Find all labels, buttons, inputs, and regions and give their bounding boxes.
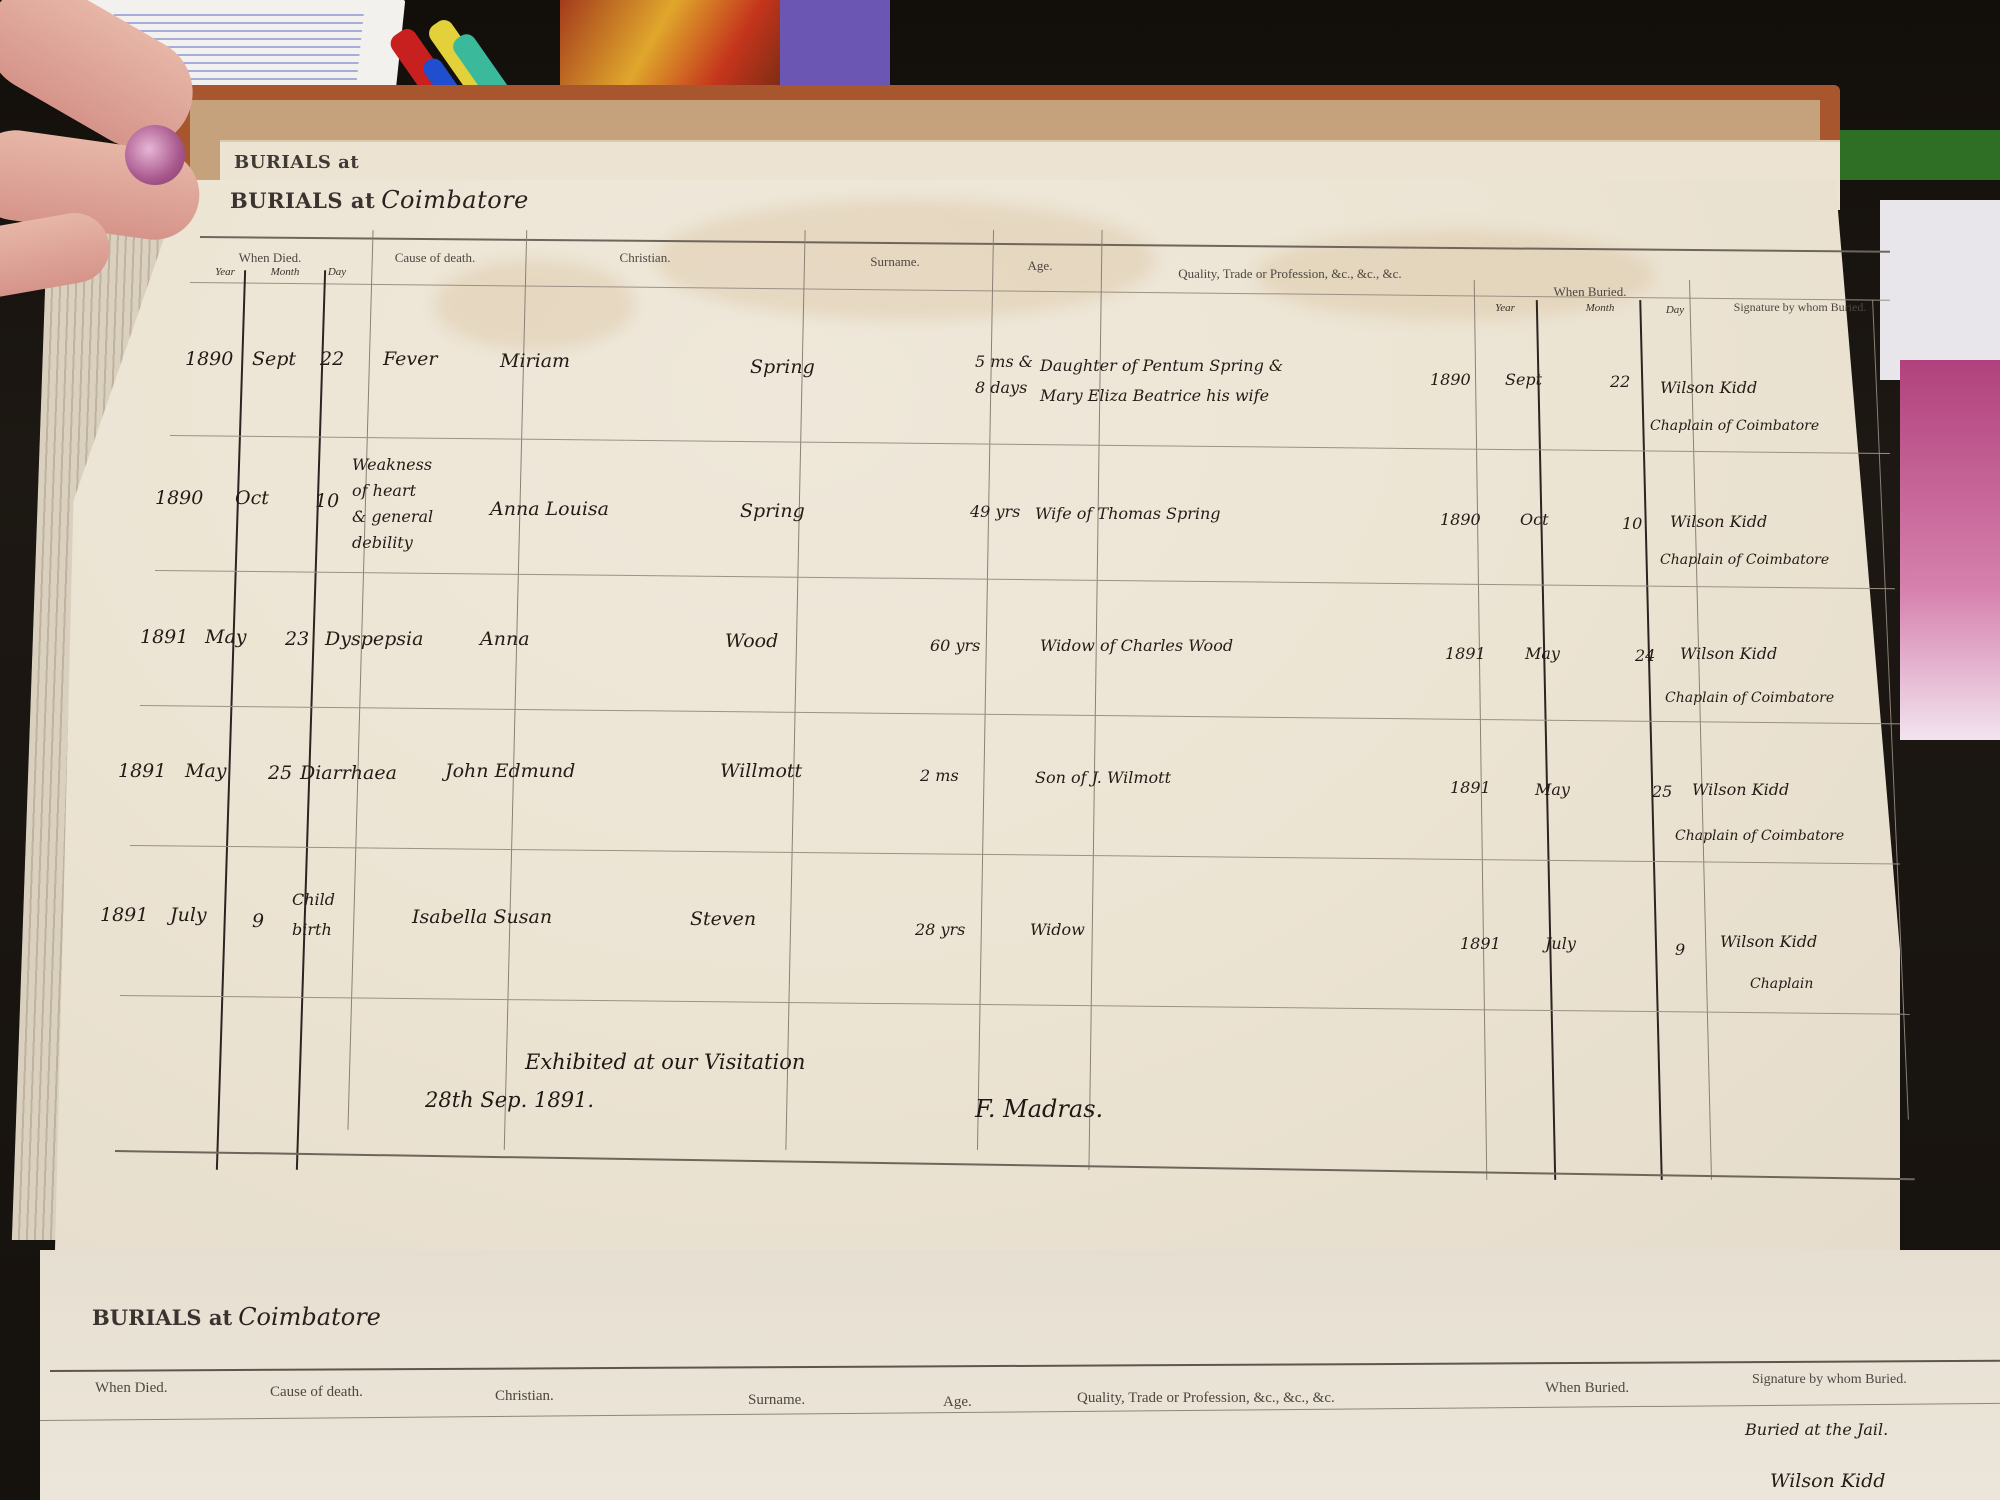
lower-header-when-died: When Died. xyxy=(95,1380,167,1397)
green-folder xyxy=(1840,130,2000,180)
died-year: 1890 xyxy=(155,487,203,511)
header-buried-month: Month xyxy=(1560,302,1640,314)
lower-page-title: BURIALS atCoimbatore xyxy=(92,1303,381,1331)
next-register-page xyxy=(40,1250,2000,1500)
visitation-note: Exhibited at our Visitation xyxy=(525,1050,805,1074)
lower-header-surname: Surname. xyxy=(748,1392,805,1409)
painted-fingernail xyxy=(125,125,185,185)
lower-header-christian: Christian. xyxy=(495,1388,554,1405)
header-when-buried: When Buried. xyxy=(1490,284,1690,300)
quality: Wife of Thomas Spring xyxy=(1035,504,1221,524)
surname: Spring xyxy=(740,500,805,524)
cause-line-3: & general xyxy=(352,507,433,527)
lower-header-quality: Quality, Trade or Profession, &c., &c., … xyxy=(1077,1390,1335,1407)
signature: Wilson Kidd xyxy=(1670,512,1767,532)
died-year: 1890 xyxy=(185,348,233,372)
signature: Wilson Kidd xyxy=(1720,932,1817,952)
surname: Willmott xyxy=(720,760,802,784)
buried-month: Oct xyxy=(1520,510,1549,530)
buried-year: 1891 xyxy=(1450,778,1491,798)
lower-header-cause: Cause of death. xyxy=(270,1384,363,1401)
died-day: 9 xyxy=(252,910,264,934)
signature: Wilson Kidd xyxy=(1680,644,1777,664)
cause-line-4: debility xyxy=(352,533,413,553)
header-christian: Christian. xyxy=(520,250,770,266)
lower-signature-note: Buried at the Jail. xyxy=(1745,1420,1888,1440)
died-month: Oct xyxy=(235,487,269,511)
buried-day: 24 xyxy=(1635,646,1655,666)
header-quality: Quality, Trade or Profession, &c., &c., … xyxy=(1100,266,1480,282)
signature-title: Chaplain of Coimbatore xyxy=(1675,828,1844,846)
died-year: 1891 xyxy=(118,760,166,784)
christian-name: John Edmund xyxy=(445,760,575,784)
cause: Diarrhaea xyxy=(300,762,397,786)
died-year: 1891 xyxy=(100,904,148,928)
age: 5 ms & xyxy=(975,352,1033,372)
age: 49 yrs xyxy=(970,502,1020,522)
quality: Son of J. Wilmott xyxy=(1035,768,1171,788)
died-day: 23 xyxy=(285,628,309,652)
magenta-booklet xyxy=(1900,360,2000,740)
age: 28 yrs xyxy=(915,920,965,940)
age-line-2: 8 days xyxy=(975,378,1027,398)
buried-year: 1890 xyxy=(1440,510,1481,530)
buried-day: 25 xyxy=(1652,782,1672,802)
died-month: May xyxy=(185,760,227,784)
age: 2 ms xyxy=(920,766,959,786)
lower-header-when-buried: When Buried. xyxy=(1545,1380,1629,1397)
buried-year: 1891 xyxy=(1445,644,1486,664)
header-signature: Signature by whom Buried. xyxy=(1710,300,1890,315)
header-buried-year: Year xyxy=(1480,302,1530,314)
died-day: 22 xyxy=(320,348,344,372)
lower-signature: Wilson Kidd xyxy=(1770,1470,1885,1494)
christian-name: Anna xyxy=(480,628,530,652)
surname: Wood xyxy=(725,630,778,654)
page-title: BURIALS atCoimbatore xyxy=(230,186,529,214)
pens xyxy=(400,5,570,95)
buried-year: 1890 xyxy=(1430,370,1471,390)
visitation-date: 28th Sep. 1891. xyxy=(425,1088,594,1112)
cause: Dyspepsia xyxy=(325,628,423,652)
visitation-signature: F. Madras. xyxy=(975,1095,1103,1123)
cause: Child xyxy=(292,890,335,910)
buried-month: May xyxy=(1525,644,1560,664)
christian-name: Isabella Susan xyxy=(412,906,552,930)
quality: Widow xyxy=(1030,920,1085,940)
christian-name: Anna Louisa xyxy=(490,498,609,522)
buried-month: Sept xyxy=(1505,370,1542,390)
signature-title: Chaplain xyxy=(1750,976,1813,994)
signature-title: Chaplain of Coimbatore xyxy=(1660,552,1829,570)
died-month: May xyxy=(205,626,247,650)
purple-box xyxy=(780,0,890,85)
place-name: Coimbatore xyxy=(381,186,529,214)
died-day: 10 xyxy=(315,490,339,514)
header-when-died: When Died. xyxy=(210,250,330,266)
surname: Spring xyxy=(750,356,815,380)
died-year: 1891 xyxy=(140,626,188,650)
died-month: Sept xyxy=(252,348,296,372)
quality: Widow of Charles Wood xyxy=(1040,636,1233,656)
christian-name: Miriam xyxy=(500,350,570,374)
lower-header-signature: Signature by whom Buried. xyxy=(1752,1372,1907,1388)
buried-year: 1891 xyxy=(1460,934,1501,954)
hand-holding-page xyxy=(0,0,220,310)
signature: Wilson Kidd xyxy=(1660,378,1757,398)
quality-line-2: Mary Eliza Beatrice his wife xyxy=(1040,386,1269,406)
torn-page-title: BURIALS at xyxy=(234,152,359,173)
header-died-day: Day xyxy=(322,266,352,278)
died-month: July xyxy=(170,904,207,928)
signature: Wilson Kidd xyxy=(1692,780,1789,800)
header-cause: Cause of death. xyxy=(370,250,500,266)
surname: Steven xyxy=(690,908,756,932)
signature-title: Chaplain of Coimbatore xyxy=(1650,418,1819,436)
buried-day: 22 xyxy=(1610,372,1630,392)
died-day: 25 xyxy=(268,762,292,786)
age: 60 yrs xyxy=(930,636,980,656)
buried-month: July xyxy=(1545,934,1576,954)
cause-line-2: of heart xyxy=(352,481,416,501)
header-died-month: Month xyxy=(255,266,315,278)
header-age: Age. xyxy=(990,258,1090,274)
lower-header-age: Age. xyxy=(943,1394,972,1411)
buried-day: 9 xyxy=(1675,940,1685,960)
cause: Weakness xyxy=(352,455,432,475)
lower-place-name: Coimbatore xyxy=(238,1303,381,1331)
signature-title: Chaplain of Coimbatore xyxy=(1665,690,1834,708)
quality: Daughter of Pentum Spring & xyxy=(1040,356,1283,376)
header-surname: Surname. xyxy=(800,254,990,270)
cause-line-2: birth xyxy=(292,920,332,940)
cause: Fever xyxy=(383,348,437,372)
buried-day: 10 xyxy=(1622,514,1642,534)
food-box xyxy=(560,0,800,85)
buried-month: May xyxy=(1535,780,1570,800)
